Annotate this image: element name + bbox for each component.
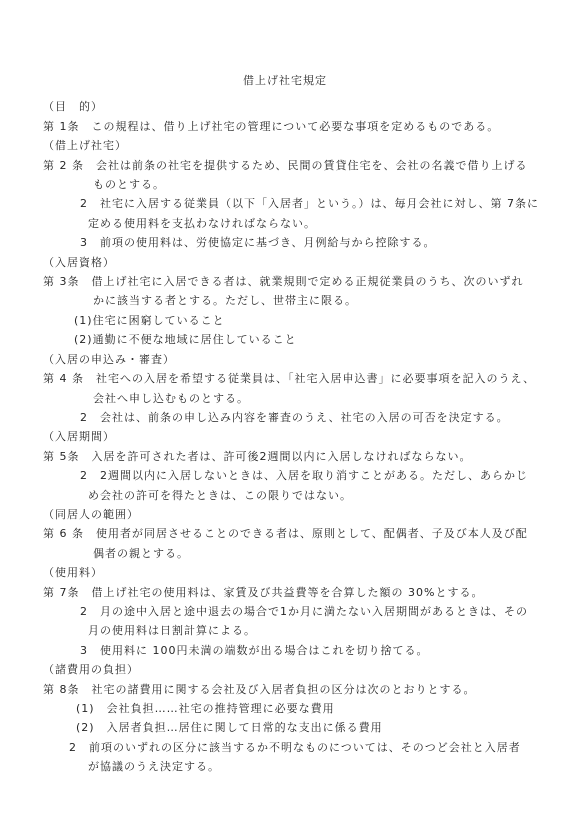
article-4-p2: 2 会社は、前条の申し込み内容を審査のうえ、社宅の入居の可否を決定する。 (43, 408, 560, 427)
article-7-p2-l2: 月の使用料は日割計算による。 (43, 621, 560, 640)
article-7-p1: 第 7条 借上げ社宅の使用料は、家賃及び共益費等を合算した額の 30%とする。 (43, 583, 560, 602)
article-8-p1: 第 8条 社宅の諸費用に関する会社及び入居者負担の区分は次のとおりとする。 (43, 680, 560, 699)
heading-purpose: （目 的） (43, 97, 560, 116)
article-2-p1-l1: 第 2 条 会社は前条の社宅を提供するため、民間の賃貸住宅を、会社の名義で借り上… (43, 156, 560, 175)
document-title: 借上げ社宅規定 (0, 71, 570, 90)
article-3-item-1: (1)住宅に困窮していること (43, 311, 560, 330)
article-2-p2-l1: 2 社宅に入居する従業員（以下「入居者」という。）は、毎月会社に対し、第 7条に (43, 194, 560, 213)
article-5-p2-l1: 2 2週間以内に入居しないときは、入居を取り消すことがある。ただし、あらかじ (43, 466, 560, 485)
heading-usage-fee: （使用料） (43, 563, 560, 582)
heading-application: （入居の申込み・審査） (43, 350, 560, 369)
heading-expenses: （諸費用の負担） (43, 660, 560, 679)
article-6-l2: 偶者の親とする。 (43, 544, 560, 563)
article-8-p2-l1: 2 前項のいずれの区分に該当するか不明なものについては、そのつど会社と入居者 (43, 738, 560, 757)
article-8-p2-l2: が協議のうえ決定する。 (43, 757, 560, 776)
article-3-l2: かに該当する者とする。ただし、世帯主に限る。 (43, 291, 560, 310)
document-page: 借上げ社宅規定 （目 的） 第 1条 この規程は、借り上げ社宅の管理について必要… (0, 0, 570, 830)
heading-occupancy-period: （入居期間） (43, 427, 560, 446)
article-7-p2-l1: 2 月の途中入居と途中退去の場合で1か月に満たない入居期間があるときは、その (43, 602, 560, 621)
article-4-p1-l2: 会社へ申し込むものとする。 (43, 389, 560, 408)
article-2-p2-l2: 定める使用料を支払わなければならない。 (43, 214, 560, 233)
article-8-item-2: (2) 入居者負担…居住に関して日常的な支出に係る費用 (43, 718, 560, 737)
article-5-p1: 第 5条 入居を許可された者は、許可後2週間以内に入居しなければならない。 (43, 447, 560, 466)
article-6-l1: 第 6 条 使用者が同居させることのできる者は、原則として、配偶者、子及び本人及… (43, 524, 560, 543)
heading-cohabitants: （同居人の範囲） (43, 505, 560, 524)
article-2-p3: 3 前項の使用料は、労使協定に基づき、月例給与から控除する。 (43, 233, 560, 252)
article-3-l1: 第 3条 借上げ社宅に入居できる者は、就業規則で定める正規従業員のうち、次のいず… (43, 272, 560, 291)
heading-company-housing: （借上げ社宅） (43, 136, 560, 155)
article-5-p2-l2: め会社の許可を得たときは、この限りではない。 (43, 486, 560, 505)
article-2-p1-l2: ものとする。 (43, 175, 560, 194)
article-8-item-1: (1) 会社負担……社宅の推持管理に必要な費用 (43, 699, 560, 718)
document-body: （目 的） 第 1条 この規程は、借り上げ社宅の管理について必要な事項を定めるも… (0, 97, 570, 776)
article-7-p3: 3 使用料に 100円未満の端数が出る場合はこれを切り捨てる。 (43, 641, 560, 660)
heading-eligibility: （入居資格） (43, 253, 560, 272)
article-1: 第 1条 この規程は、借り上げ社宅の管理について必要な事項を定めるものである。 (43, 117, 560, 136)
article-4-p1-l1: 第 4 条 社宅への入居を希望する従業員は、「社宅入居申込書」に必要事項を記入の… (43, 369, 560, 388)
article-3-item-2: (2)通勤に不便な地域に居住していること (43, 330, 560, 349)
